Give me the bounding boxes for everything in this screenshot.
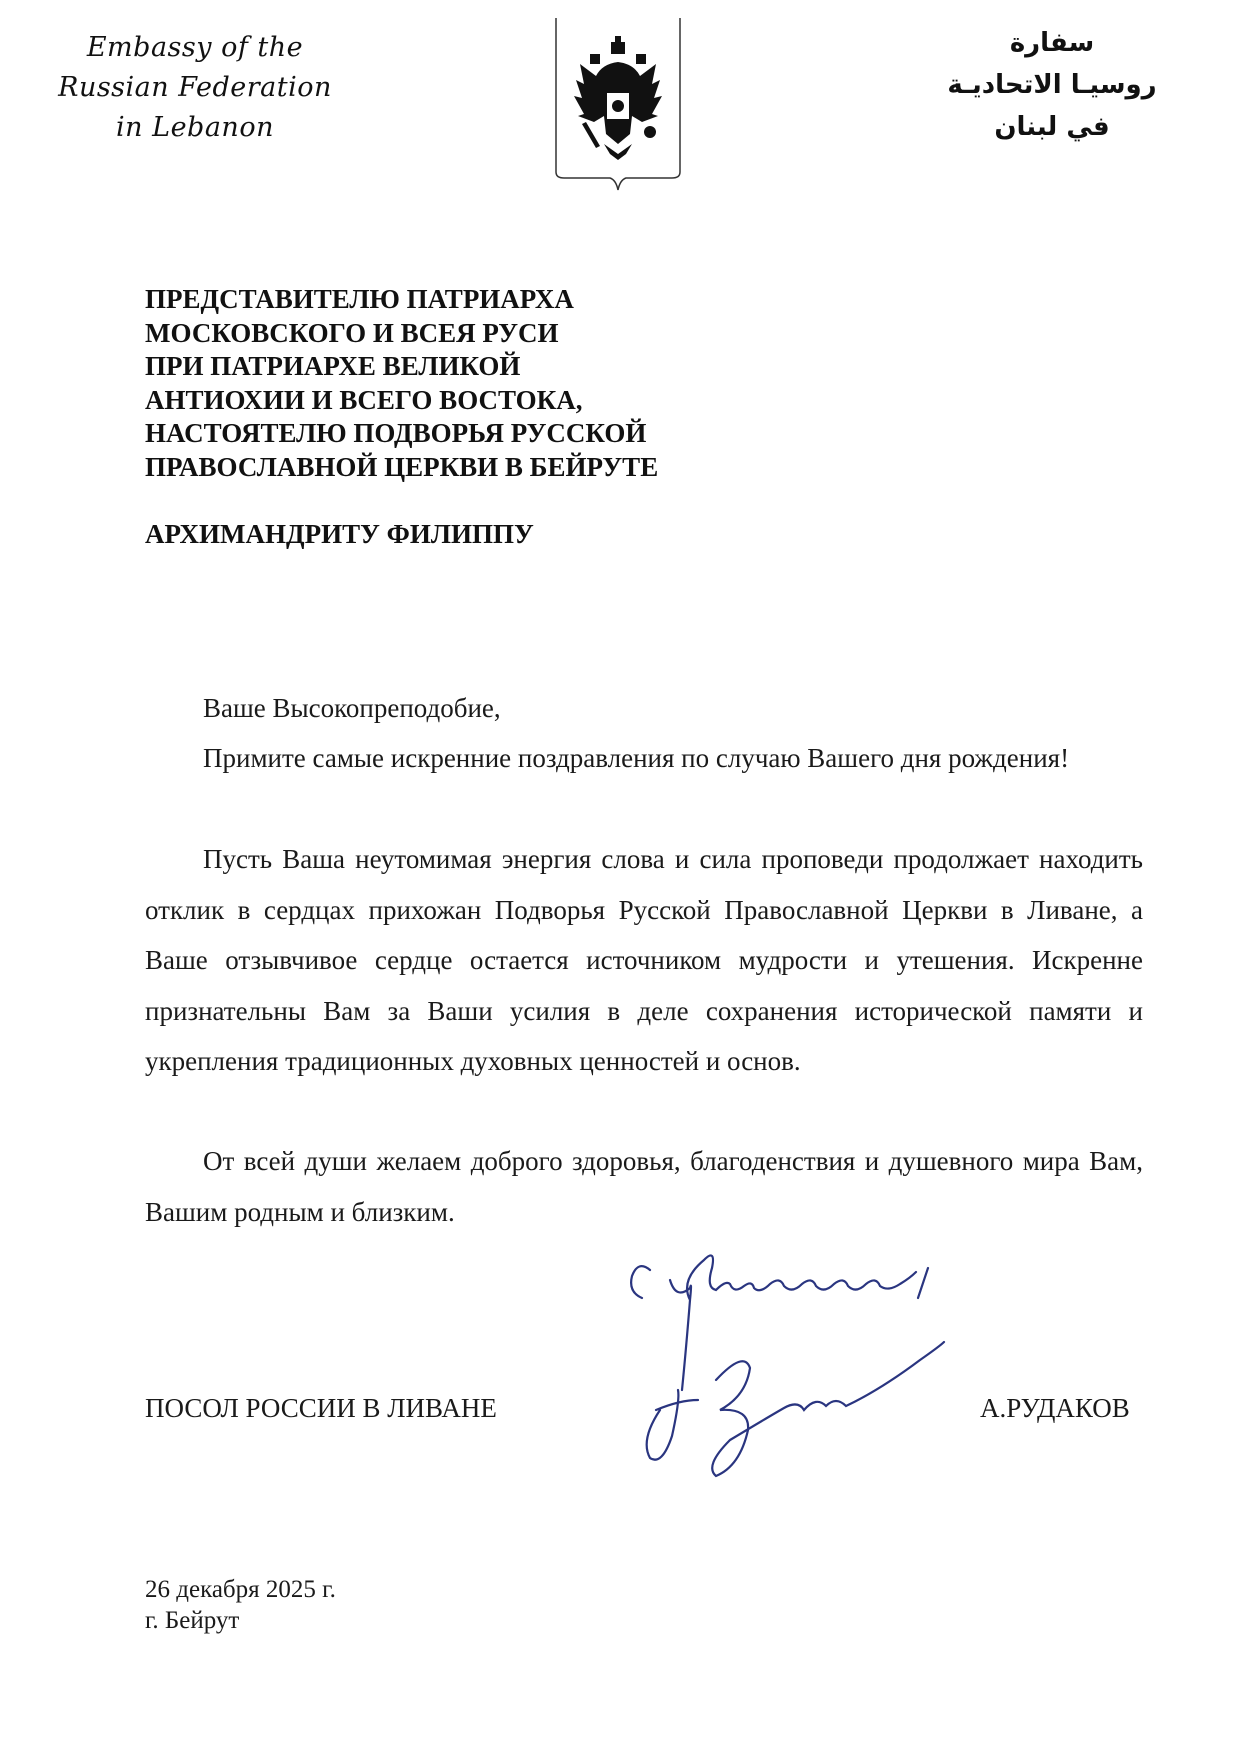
letter-date: 26 декабря 2025 г. — [145, 1574, 336, 1605]
paragraph-text: Примите самые искренние поздравления по … — [145, 733, 1143, 784]
letterhead-line: in Lebanon — [30, 108, 360, 148]
date-place-block: 26 декабря 2025 г. г. Бейрут — [145, 1574, 336, 1636]
recipient-name: АРХИМАНДРИТУ ФИЛИППУ — [145, 518, 534, 551]
addressee-block: ПРЕДСТАВИТЕЛЮ ПАТРИАРХА МОСКОВСКОГО И ВС… — [145, 283, 658, 484]
letterhead-line: Embassy of the — [30, 28, 360, 68]
letterhead-arabic: سفارة روسيـا الاتحاديـة في لبنان — [902, 22, 1202, 148]
body-paragraph-2: Пусть Ваша неутомимая энергия слова и си… — [145, 834, 1143, 1087]
letterhead-line: روسيـا الاتحاديـة — [902, 64, 1202, 106]
letter-place: г. Бейрут — [145, 1605, 336, 1636]
letterhead-line: في لبنان — [902, 106, 1202, 148]
body-paragraph-3: От всей души желаем доброго здоровья, бл… — [145, 1136, 1143, 1237]
coat-of-arms-icon — [538, 14, 698, 194]
addressee-line: НАСТОЯТЕЛЮ ПОДВОРЬЯ РУССКОЙ — [145, 417, 658, 451]
paragraph-text: От всей души желаем доброго здоровья, бл… — [145, 1136, 1143, 1237]
salutation-text: Ваше Высокопреподобие, — [145, 683, 1143, 734]
signatory-title: ПОСОЛ РОССИИ В ЛИВАНЕ — [145, 1392, 497, 1424]
paragraph-text: Пусть Ваша неутомимая энергия слова и си… — [145, 834, 1143, 1087]
addressee-line: АНТИОХИИ И ВСЕГО ВОСТОКА, — [145, 384, 658, 418]
addressee-line: МОСКОВСКОГО И ВСЕЯ РУСИ — [145, 317, 658, 351]
addressee-line: ПРЕДСТАВИТЕЛЮ ПАТРИАРХА — [145, 283, 658, 317]
body-paragraph-1: Примите самые искренние поздравления по … — [145, 733, 1143, 784]
letterhead-line: Russian Federation — [30, 68, 360, 108]
addressee-line: ПРАВОСЛАВНОЙ ЦЕРКВИ В БЕЙРУТЕ — [145, 451, 658, 485]
letterhead-english: Embassy of the Russian Federation in Leb… — [30, 28, 360, 148]
handwritten-signature-icon — [620, 1240, 1080, 1490]
signatory-name: А.РУДАКОВ — [980, 1392, 1130, 1424]
addressee-line: ПРИ ПАТРИАРХЕ ВЕЛИКОЙ — [145, 350, 658, 384]
salutation: Ваше Высокопреподобие, — [145, 683, 1143, 734]
letterhead-line: سفارة — [902, 22, 1202, 64]
